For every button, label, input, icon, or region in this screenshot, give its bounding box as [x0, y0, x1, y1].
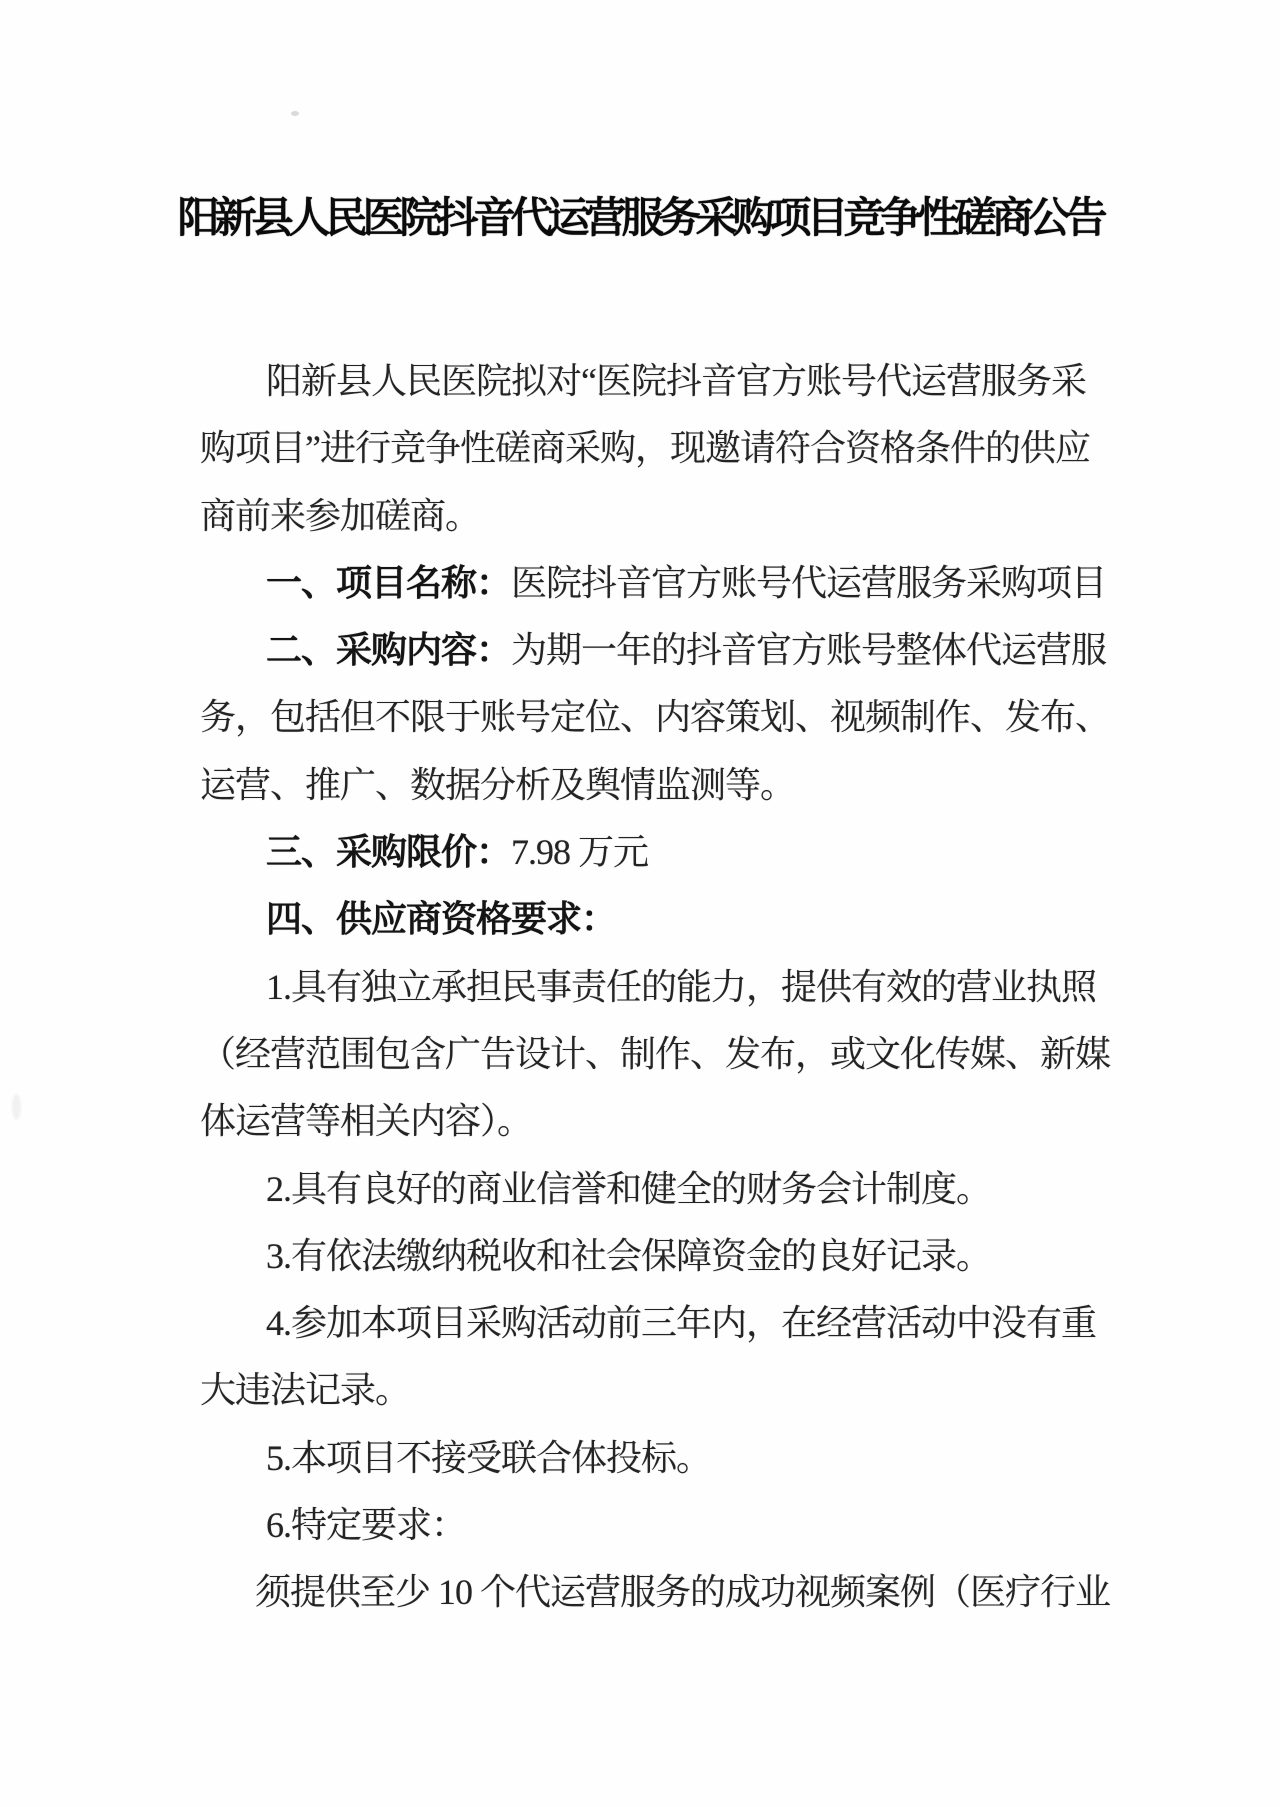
line-text: 商前来参加磋商。 — [200, 496, 480, 536]
text-line-item-4: 4.参加本项目采购活动前三年内，在经营活动中没有重 — [200, 1290, 1140, 1357]
scan-artifact — [291, 111, 299, 116]
text-line-item-1: 1.具有独立承担民事责任的能力，提供有效的营业执照 — [200, 954, 1140, 1021]
text-line: 商前来参加磋商。 — [200, 483, 1140, 550]
line-text: 购项目”进行竞争性磋商采购，现邀请符合资格条件的供应 — [200, 428, 1090, 468]
line-text: 2.具有良好的商业信誉和健全的财务会计制度。 — [266, 1169, 991, 1209]
line-text: 6.特定要求： — [266, 1505, 466, 1545]
line-text: 阳新县人民医院拟对“医院抖音官方账号代运营服务采 — [266, 361, 1086, 401]
text-line: 体运营等相关内容）。 — [200, 1088, 1140, 1155]
text-line: 运营、推广、数据分析及舆情监测等。 — [200, 752, 1140, 819]
section-label: 一、项目名称： — [266, 563, 511, 603]
line-text: 运营、推广、数据分析及舆情监测等。 — [200, 765, 795, 805]
text-line-item-2: 2.具有良好的商业信誉和健全的财务会计制度。 — [200, 1156, 1140, 1223]
line-text: 7.98 万元 — [511, 832, 648, 872]
text-line: 大违法记录。 — [200, 1357, 1140, 1424]
text-line: 阳新县人民医院拟对“医院抖音官方账号代运营服务采 — [200, 348, 1140, 415]
document-title: 阳新县人民医院抖音代运营服务采购项目竞争性磋商公告 — [0, 192, 1280, 244]
line-text: 5.本项目不接受联合体投标。 — [266, 1438, 711, 1478]
line-text: 须提供至少 10 个代运营服务的成功视频案例（医疗行业 — [255, 1572, 1110, 1612]
line-text: 医院抖音官方账号代运营服务采购项目 — [511, 563, 1106, 603]
text-line: 购项目”进行竞争性磋商采购，现邀请符合资格条件的供应 — [200, 415, 1140, 482]
text-line-item-3: 3.有依法缴纳税收和社会保障资金的良好记录。 — [200, 1223, 1140, 1290]
scan-artifact — [12, 1094, 21, 1120]
line-text: 务，包括但不限于账号定位、内容策划、视频制作、发布、 — [200, 697, 1110, 737]
line-text: 1.具有独立承担民事责任的能力，提供有效的营业执照 — [266, 967, 1096, 1007]
line-text: （经营范围包含广告设计、制作、发布，或文化传媒、新媒 — [200, 1034, 1110, 1074]
section-label: 二、采购内容： — [266, 630, 511, 670]
line-text: 大违法记录。 — [200, 1370, 410, 1410]
text-line-procurement-content: 二、采购内容：为期一年的抖音官方账号整体代运营服 — [200, 617, 1140, 684]
text-line-qualification-heading: 四、供应商资格要求： — [200, 886, 1140, 953]
text-line-project-name: 一、项目名称：医院抖音官方账号代运营服务采购项目 — [200, 550, 1140, 617]
section-label: 四、供应商资格要求： — [266, 899, 616, 939]
text-line-item-5: 5.本项目不接受联合体投标。 — [200, 1425, 1140, 1492]
line-text: 体运营等相关内容）。 — [200, 1101, 532, 1141]
line-text: 4.参加本项目采购活动前三年内，在经营活动中没有重 — [266, 1303, 1096, 1343]
section-label: 三、采购限价： — [266, 832, 511, 872]
text-line-price-limit: 三、采购限价：7.98 万元 — [200, 819, 1140, 886]
text-line: 务，包括但不限于账号定位、内容策划、视频制作、发布、 — [200, 684, 1140, 751]
document-body: 阳新县人民医院拟对“医院抖音官方账号代运营服务采 购项目”进行竞争性磋商采购，现… — [200, 348, 1140, 1627]
text-line-item-6: 6.特定要求： — [200, 1492, 1140, 1559]
document-page: 阳新县人民医院抖音代运营服务采购项目竞争性磋商公告 阳新县人民医院拟对“医院抖音… — [0, 0, 1280, 1807]
text-line: 须提供至少 10 个代运营服务的成功视频案例（医疗行业 — [200, 1559, 1140, 1626]
text-line: （经营范围包含广告设计、制作、发布，或文化传媒、新媒 — [200, 1021, 1140, 1088]
line-text: 3.有依法缴纳税收和社会保障资金的良好记录。 — [266, 1236, 991, 1276]
line-text: 为期一年的抖音官方账号整体代运营服 — [511, 630, 1106, 670]
